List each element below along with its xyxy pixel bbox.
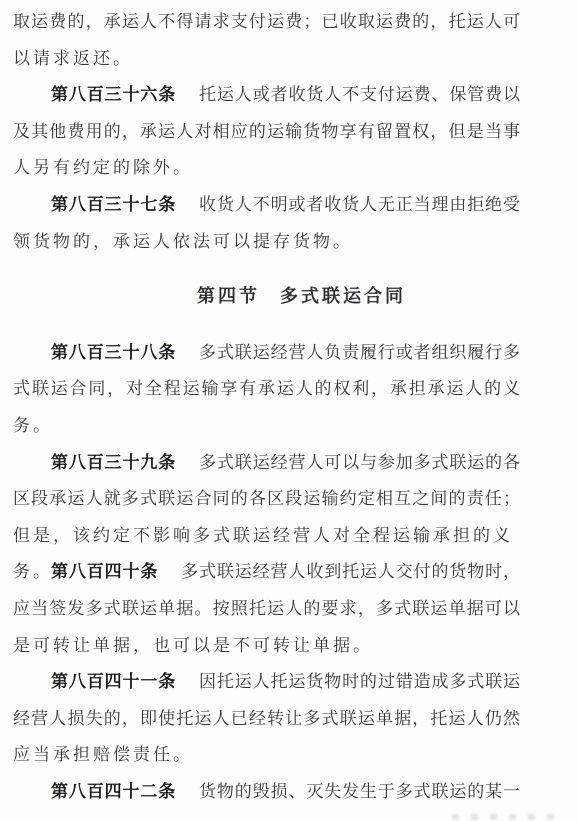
text-line: 式联运合同，对全程运输享有承运人的权利，承担承运人的义 xyxy=(13,371,520,408)
text-line: 取运费的，承运人不得请求支付运费；已收取运费的，托运人可 xyxy=(13,4,520,41)
text-line: 应当承担赔偿责任。 xyxy=(13,737,520,774)
article-text: 货物的毁损、灭失发生于多式联运的某一 xyxy=(198,782,520,801)
article-number: 第八百四十条 xyxy=(51,562,158,581)
text-line: 人另有约定的除外。 xyxy=(13,150,520,187)
article-line-838: 第八百三十八条多式联运经营人负责履行或者组织履行多 xyxy=(13,335,520,372)
article-line-839: 第八百三十九条多式联运经营人可以与参加多式联运的各 xyxy=(13,445,520,482)
article-text: 多式联运经营人可以与参加多式联运的各 xyxy=(198,453,520,472)
section-heading: 第四节多式联运合同 xyxy=(13,278,520,315)
bleed-through-artifact xyxy=(452,814,562,820)
article-number: 第八百三十九条 xyxy=(51,453,176,472)
article-text: 托运人或者收货人不支付运费、保管费以 xyxy=(198,85,520,104)
text-line: 经营人损失的，即使托运人已经转让多式联运单据，托运人仍然 xyxy=(13,701,520,738)
article-line-840: 第八百四十条多式联运经营人收到托运人交付的货物时， xyxy=(13,554,520,591)
article-number: 第八百三十八条 xyxy=(51,343,176,362)
article-text: 收货人不明或者收货人无正当理由拒绝受 xyxy=(198,195,520,214)
article-number: 第八百四十二条 xyxy=(51,782,176,801)
article-line-837: 第八百三十七条收货人不明或者收货人无正当理由拒绝受 xyxy=(13,187,520,224)
text-line: 应当签发多式联运单据。按照托运人的要求，多式联运单据可以 xyxy=(13,591,520,628)
text-line: 以请求返还。 xyxy=(13,41,520,78)
text-line: 及其他费用的，承运人对相应的运输货物享有留置权，但是当事 xyxy=(13,114,520,151)
article-line-841: 第八百四十一条因托运人托运货物时的过错造成多式联运 xyxy=(13,664,520,701)
article-text: 多式联运经营人负责履行或者组织履行多 xyxy=(198,343,520,362)
text-column: 取运费的，承运人不得请求支付运费；已收取运费的，托运人可 以请求返还。 第八百三… xyxy=(13,4,520,810)
article-number: 第八百三十七条 xyxy=(51,195,176,214)
document-page: 取运费的，承运人不得请求支付运费；已收取运费的，托运人可 以请求返还。 第八百三… xyxy=(0,0,578,821)
text-line: 但是，该约定不影响多式联运经营人对全程运输承担的义务。 xyxy=(13,518,520,555)
section-number: 第四节 xyxy=(197,286,260,306)
text-line: 领货物的，承运人依法可以提存货物。 xyxy=(13,224,520,261)
text-line: 区段承运人就多式联运合同的各区段运输约定相互之间的责任； xyxy=(13,481,520,518)
text-line: 务。 xyxy=(13,408,520,445)
article-text: 多式联运经营人收到托运人交付的货物时， xyxy=(180,562,520,581)
article-number: 第八百三十六条 xyxy=(51,85,176,104)
article-line-842: 第八百四十二条货物的毁损、灭失发生于多式联运的某一 xyxy=(13,774,520,811)
article-number: 第八百四十一条 xyxy=(51,672,176,691)
article-line-836: 第八百三十六条托运人或者收货人不支付运费、保管费以 xyxy=(13,77,520,114)
article-text: 因托运人托运货物时的过错造成多式联运 xyxy=(198,672,520,691)
text-line: 是可转让单据，也可以是不可转让单据。 xyxy=(13,628,520,665)
section-title: 多式联运合同 xyxy=(280,286,406,306)
